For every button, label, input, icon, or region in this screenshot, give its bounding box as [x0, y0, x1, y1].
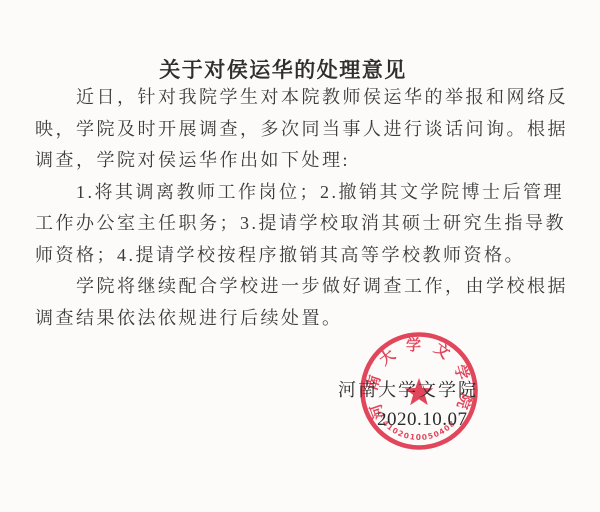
- text-line: 学院将继续配合学校进一步做好调查工作，由学校根据: [35, 271, 580, 303]
- text-line: 映，学院及时开展调查，多次同当事人进行谈话问询。根据: [35, 114, 580, 146]
- text-line: 工作办公室主任职务；3.提请学校取消其硕士研究生指导教: [35, 208, 580, 240]
- signature: 河南大学文学院: [338, 376, 478, 402]
- document-date: 2020.10.07: [377, 409, 468, 431]
- document-page: 关于对侯运华的处理意见 近日，针对我院学生对本院教师侯运华的举报和网络反映，学院…: [0, 0, 600, 512]
- document-body: 近日，针对我院学生对本院教师侯运华的举报和网络反映，学院及时开展调查，多次同当事…: [35, 82, 580, 334]
- text-line: 近日，针对我院学生对本院教师侯运华的举报和网络反: [35, 82, 580, 114]
- text-line: 师资格；4.提请学校按程序撤销其高等学校教师资格。: [35, 240, 580, 272]
- document-title: 关于对侯运华的处理意见: [0, 54, 566, 84]
- text-line: 调查，学院对侯运华作出如下处理:: [35, 145, 580, 177]
- text-line: 1.将其调离教师工作岗位；2.撤销其文学院博士后管理: [35, 177, 580, 209]
- text-line: 调查结果依法依规进行后续处置。: [35, 303, 580, 335]
